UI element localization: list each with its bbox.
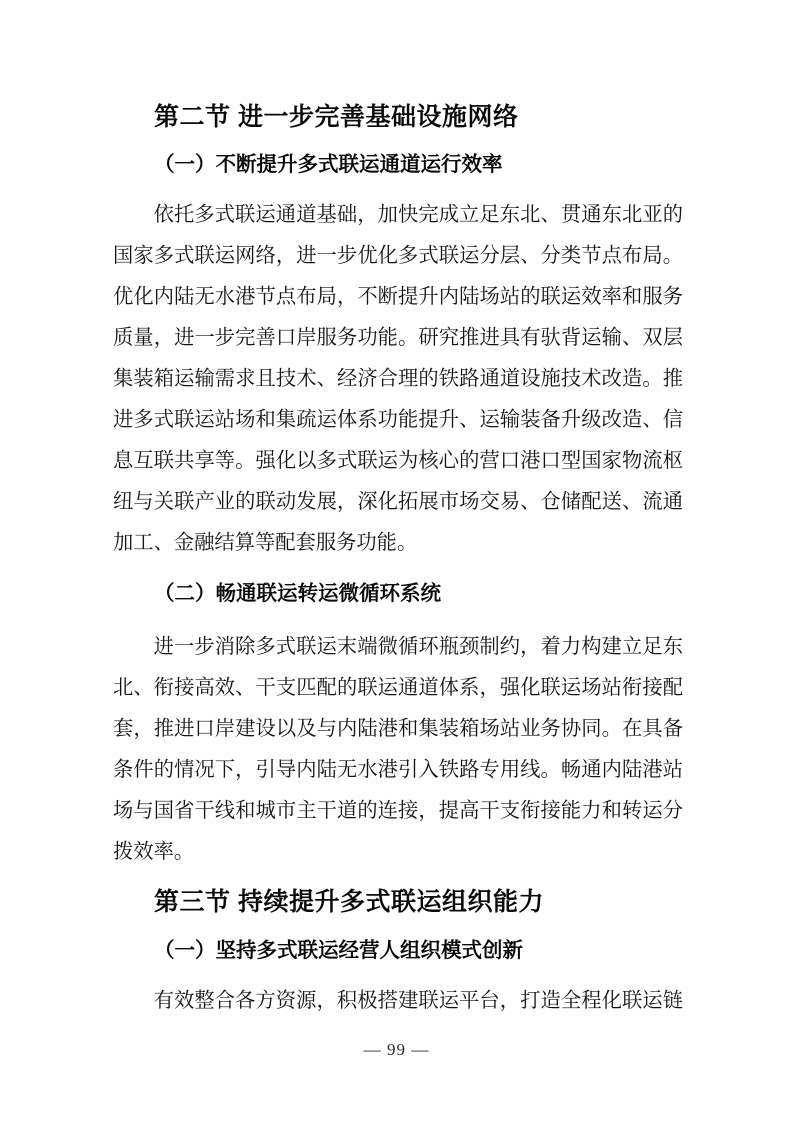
section-heading-3: 第三节 持续提升多式联运组织能力 (113, 886, 683, 918)
text-line: 质量，进一步完善口岸服务功能。研究推进具有驮背运输、双层 (113, 318, 683, 359)
document-page: 第二节 进一步完善基础设施网络 （一）不断提升多式联运通道运行效率 依托多式联运… (0, 0, 793, 1122)
page-number: — 99 — (0, 1040, 793, 1060)
text-line: 场与国省干线和城市主干道的连接，提高干支衔接能力和转运分 (113, 791, 683, 832)
document-body: 第二节 进一步完善基础设施网络 （一）不断提升多式联运通道运行效率 依托多式联运… (113, 0, 683, 1022)
section-heading-2: 第二节 进一步完善基础设施网络 (113, 101, 683, 133)
subsection-heading-3-1: （一）坚持多式联运经营人组织模式创新 (113, 937, 683, 965)
text-line: 国家多式联运网络，进一步优化多式联运分层、分类节点布局。 (113, 236, 683, 277)
subsection-heading-2-1: （一）不断提升多式联运通道运行效率 (113, 151, 683, 179)
text-line: 条件的情况下，引导内陆无水港引入铁路专用线。畅通内陆港站 (113, 750, 683, 791)
text-line: 纽与关联产业的联动发展，深化拓展市场交易、仓储配送、流通 (113, 482, 683, 523)
text-line: 套，推进口岸建设以及与内陆港和集装箱场站业务协同。在具备 (113, 709, 683, 750)
text-line: 加工、金融结算等配套服务功能。 (113, 523, 683, 564)
text-line: 有效整合各方资源，积极搭建联运平台，打造全程化联运链 (113, 981, 683, 1022)
text-line: 拨效率。 (113, 832, 683, 873)
text-line: 进多式联运站场和集疏运体系功能提升、运输装备升级改造、信 (113, 400, 683, 441)
paragraph-2: 进一步消除多式联运末端微循环瓶颈制约，着力构建立足东 北、衔接高效、干支匹配的联… (113, 627, 683, 873)
text-line: 依托多式联运通道基础，加快完成立足东北、贯通东北亚的 (113, 195, 683, 236)
paragraph-3: 有效整合各方资源，积极搭建联运平台，打造全程化联运链 (113, 981, 683, 1022)
text-line: 北、衔接高效、干支匹配的联运通道体系，强化联运场站衔接配 (113, 668, 683, 709)
subsection-heading-2-2: （二）畅通联运转运微循环系统 (113, 580, 683, 608)
text-line: 息互联共享等。强化以多式联运为核心的营口港口型国家物流枢 (113, 441, 683, 482)
text-line: 进一步消除多式联运末端微循环瓶颈制约，着力构建立足东 (113, 627, 683, 668)
text-line: 集装箱运输需求且技术、经济合理的铁路通道设施技术改造。推 (113, 359, 683, 400)
text-line: 优化内陆无水港节点布局，不断提升内陆场站的联运效率和服务 (113, 277, 683, 318)
paragraph-1: 依托多式联运通道基础，加快完成立足东北、贯通东北亚的 国家多式联运网络，进一步优… (113, 195, 683, 564)
